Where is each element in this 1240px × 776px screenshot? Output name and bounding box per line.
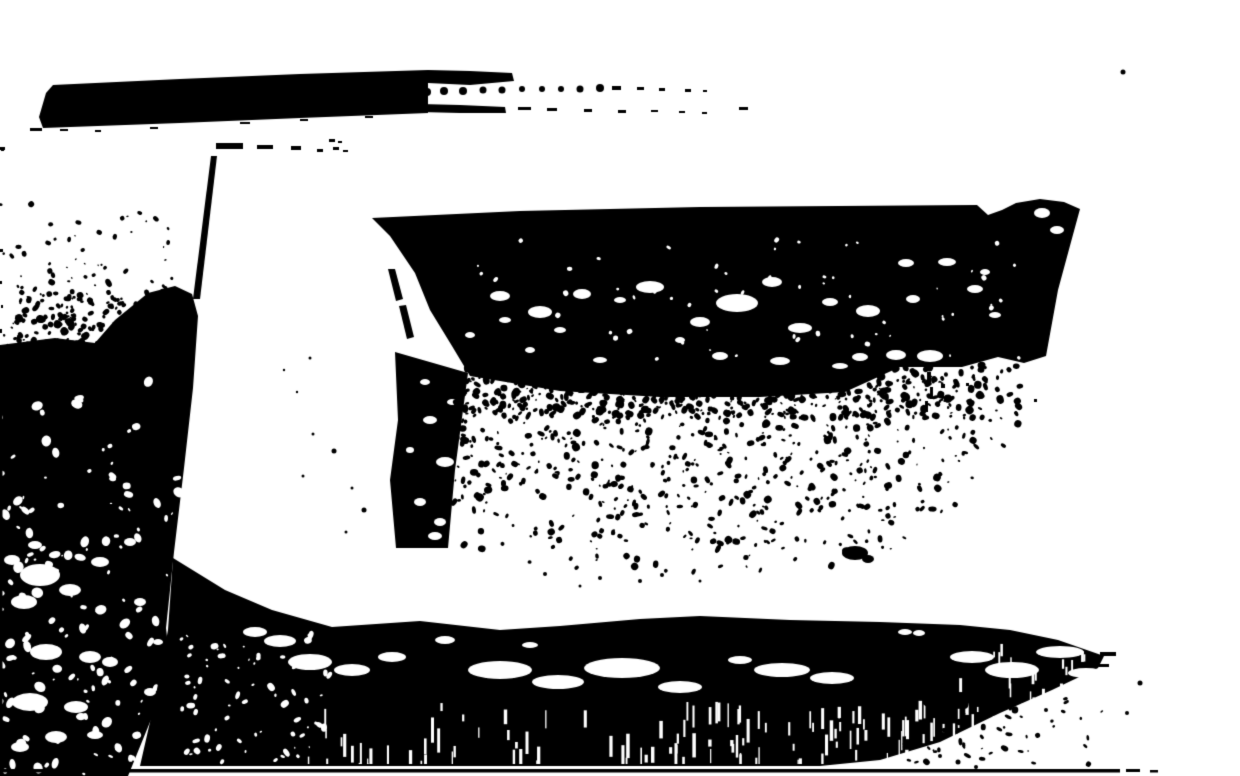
photo-canvas: [0, 0, 1240, 776]
binarized-photograph: [0, 0, 1240, 776]
